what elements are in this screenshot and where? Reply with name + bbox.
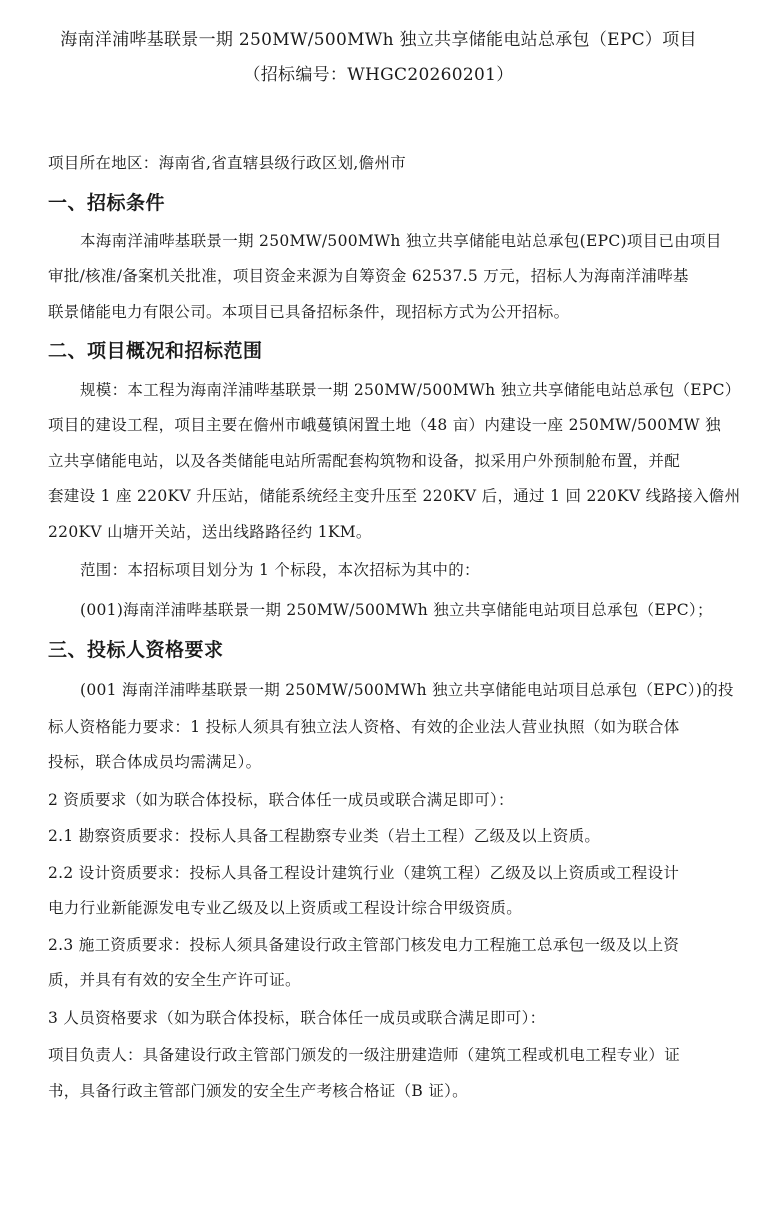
paragraph-line: 2 资质要求（如为联合体投标，联合体任一成员或联合满足即可）：: [48, 790, 709, 810]
paragraph-line: 3 人员资格要求（如为联合体投标，联合体任一成员或联合满足即可）：: [48, 1008, 709, 1028]
paragraph-line: 范围：本招标项目划分为 1 个标段，本次招标为其中的：: [80, 560, 709, 580]
paragraph-line: 220KV 山塘开关站，送出线路路径约 1KM。: [48, 522, 709, 542]
paragraph-line: 立共享储能电站，以及各类储能电站所需配套构筑物和设备，拟采用户外预制舱布置，并配: [48, 451, 709, 471]
section-heading-3: 三、投标人资格要求: [48, 638, 709, 662]
paragraph-line: 套建设 1 座 220KV 升压站，储能系统经主变升压至 220KV 后，通过 …: [48, 486, 709, 506]
project-location: 项目所在地区：海南省,省直辖县级行政区划,儋州市: [48, 153, 709, 173]
paragraph-line: 项目的建设工程，项目主要在儋州市峨蔓镇闲置土地（48 亩）内建设一座 250MW…: [48, 415, 709, 435]
paragraph-line: 投标，联合体成员均需满足）。: [48, 752, 709, 772]
paragraph-line: 审批/核准/备案机关批准，项目资金来源为自筹资金 62537.5 万元，招标人为…: [48, 266, 709, 286]
paragraph-line: 本海南洋浦哔基联景一期 250MW/500MWh 独立共享储能电站总承包(EPC…: [80, 231, 709, 251]
paragraph-line: 2.2 设计资质要求：投标人具备工程设计建筑行业（建筑工程）乙级及以上资质或工程…: [48, 863, 709, 883]
paragraph-line: 2.1 勘察资质要求：投标人具备工程勘察专业类（岩土工程）乙级及以上资质。: [48, 826, 709, 846]
section-heading-2: 二、项目概况和招标范围: [48, 339, 709, 363]
paragraph-line: 联景储能电力有限公司。本项目已具备招标条件，现招标方式为公开招标。: [48, 302, 709, 322]
section-heading-1: 一、招标条件: [48, 191, 709, 215]
paragraph-line: (001 海南洋浦哔基联景一期 250MW/500MWh 独立共享储能电站项目总…: [80, 680, 709, 700]
paragraph-line: 电力行业新能源发电专业乙级及以上资质或工程设计综合甲级资质。: [48, 898, 709, 918]
document-title: 海南洋浦哔基联景一期 250MW/500MWh 独立共享储能电站总承包（EPC）…: [0, 30, 757, 50]
paragraph-line: 标人资格能力要求：1 投标人须具有独立法人资格、有效的企业法人营业执照（如为联合…: [48, 717, 709, 737]
paragraph-line: 项目负责人：具备建设行政主管部门颁发的一级注册建造师（建筑工程或机电工程专业）证: [48, 1045, 709, 1065]
paragraph-line: 2.3 施工资质要求：投标人须具备建设行政主管部门核发电力工程施工总承包一级及以…: [48, 935, 709, 955]
paragraph-line: 规模：本工程为海南洋浦哔基联景一期 250MW/500MWh 独立共享储能电站总…: [80, 380, 709, 400]
paragraph-line: 质，并具有有效的安全生产许可证。: [48, 970, 709, 990]
paragraph-line: (001)海南洋浦哔基联景一期 250MW/500MWh 独立共享储能电站项目总…: [80, 600, 709, 620]
paragraph-line: 书，具备行政主管部门颁发的安全生产考核合格证（B 证）。: [48, 1081, 709, 1101]
document-subtitle: （招标编号：WHGC20260201）: [0, 65, 757, 85]
